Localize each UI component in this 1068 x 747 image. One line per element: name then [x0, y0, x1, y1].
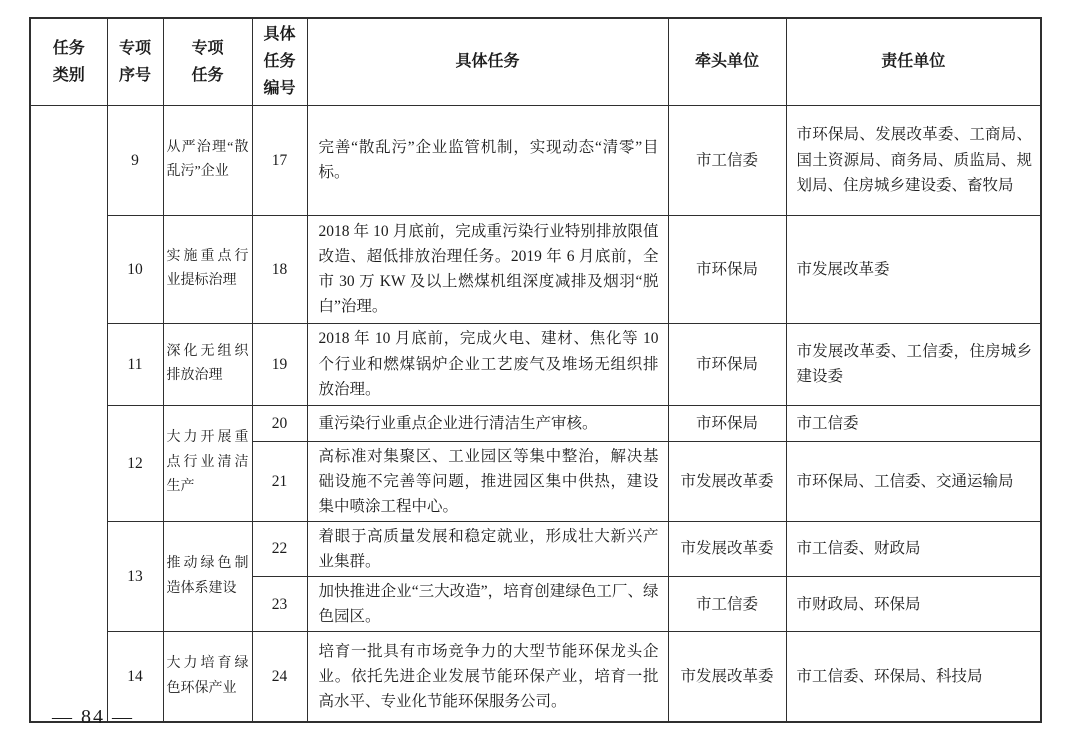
cell-special-no: 10	[107, 215, 163, 323]
cell-special-task: 实施重点行业提标治理	[163, 215, 252, 323]
document-page: 任务 类别 专项 序号 专项 任务 具体 任务 编号 具体任务 牵头单位 责任单…	[0, 0, 1068, 747]
cell-task: 2018 年 10 月底前，完成火电、建材、焦化等 10 个行业和燃煤锅炉企业工…	[307, 323, 668, 405]
cell-task: 培育一批具有市场竞争力的大型节能环保龙头企业。依托先进企业发展节能环保产业，培育…	[307, 632, 668, 722]
cell-lead-unit: 市发展改革委	[668, 632, 786, 722]
header-special-no: 专项 序号	[107, 18, 163, 105]
cell-task-no: 23	[252, 577, 307, 632]
table-row: 12 大力开展重点行业清洁生产 20 重污染行业重点企业进行清洁生产审核。 市环…	[30, 405, 1041, 441]
cell-special-no: 9	[107, 105, 163, 215]
table-row: 11 深化无组织排放治理 19 2018 年 10 月底前，完成火电、建材、焦化…	[30, 323, 1041, 405]
cell-task-no: 18	[252, 215, 307, 323]
table-row: 9 从严治理“散乱污”企业 17 完善“散乱污”企业监管机制，实现动态“清零”目…	[30, 105, 1041, 215]
cell-special-no: 13	[107, 521, 163, 631]
cell-task: 重污染行业重点企业进行清洁生产审核。	[307, 405, 668, 441]
header-responsible-unit: 责任单位	[786, 18, 1041, 105]
table-row: 10 实施重点行业提标治理 18 2018 年 10 月底前，完成重污染行业特别…	[30, 215, 1041, 323]
cell-task-no: 21	[252, 441, 307, 521]
cell-task: 高标准对集聚区、工业园区等集中整治，解决基础设施不完善等问题，推进园区集中供热，…	[307, 441, 668, 521]
cell-responsible-unit: 市工信委	[786, 405, 1041, 441]
cell-task-category	[30, 105, 107, 722]
cell-responsible-unit: 市工信委、财政局	[786, 521, 1041, 576]
cell-task-no: 20	[252, 405, 307, 441]
cell-responsible-unit: 市环保局、发展改革委、工商局、国土资源局、商务局、质监局、规划局、住房城乡建设委…	[786, 105, 1041, 215]
cell-special-no: 12	[107, 405, 163, 521]
cell-special-no: 11	[107, 323, 163, 405]
task-assignment-table: 任务 类别 专项 序号 专项 任务 具体 任务 编号 具体任务 牵头单位 责任单…	[29, 17, 1042, 723]
cell-responsible-unit: 市发展改革委、工信委，住房城乡建设委	[786, 323, 1041, 405]
cell-task: 加快推进企业“三大改造”，培育创建绿色工厂、绿色园区。	[307, 577, 668, 632]
cell-lead-unit: 市环保局	[668, 323, 786, 405]
header-special-task: 专项 任务	[163, 18, 252, 105]
cell-special-task: 推动绿色制造体系建设	[163, 521, 252, 631]
table-header-row: 任务 类别 专项 序号 专项 任务 具体 任务 编号 具体任务 牵头单位 责任单…	[30, 18, 1041, 105]
cell-task-no: 24	[252, 632, 307, 722]
cell-task: 完善“散乱污”企业监管机制，实现动态“清零”目标。	[307, 105, 668, 215]
cell-lead-unit: 市发展改革委	[668, 441, 786, 521]
cell-lead-unit: 市发展改革委	[668, 521, 786, 576]
cell-responsible-unit: 市工信委、环保局、科技局	[786, 632, 1041, 722]
header-lead-unit: 牵头单位	[668, 18, 786, 105]
cell-lead-unit: 市工信委	[668, 105, 786, 215]
table-row: 14 大力培育绿色环保产业 24 培育一批具有市场竞争力的大型节能环保龙头企业。…	[30, 632, 1041, 722]
header-task-category: 任务 类别	[30, 18, 107, 105]
cell-lead-unit: 市环保局	[668, 405, 786, 441]
cell-task-no: 17	[252, 105, 307, 215]
cell-task: 2018 年 10 月底前，完成重污染行业特别排放限值改造、超低排放治理任务。2…	[307, 215, 668, 323]
cell-responsible-unit: 市发展改革委	[786, 215, 1041, 323]
cell-responsible-unit: 市环保局、工信委、交通运输局	[786, 441, 1041, 521]
page-number: — 84 —	[52, 706, 134, 729]
cell-task: 着眼于高质量发展和稳定就业，形成壮大新兴产业集群。	[307, 521, 668, 576]
cell-task-no: 22	[252, 521, 307, 576]
cell-special-task: 大力培育绿色环保产业	[163, 632, 252, 722]
cell-responsible-unit: 市财政局、环保局	[786, 577, 1041, 632]
cell-lead-unit: 市环保局	[668, 215, 786, 323]
cell-special-task: 大力开展重点行业清洁生产	[163, 405, 252, 521]
header-task-no: 具体 任务 编号	[252, 18, 307, 105]
table-row: 13 推动绿色制造体系建设 22 着眼于高质量发展和稳定就业，形成壮大新兴产业集…	[30, 521, 1041, 576]
header-task: 具体任务	[307, 18, 668, 105]
cell-lead-unit: 市工信委	[668, 577, 786, 632]
cell-special-task: 深化无组织排放治理	[163, 323, 252, 405]
cell-special-task: 从严治理“散乱污”企业	[163, 105, 252, 215]
cell-task-no: 19	[252, 323, 307, 405]
